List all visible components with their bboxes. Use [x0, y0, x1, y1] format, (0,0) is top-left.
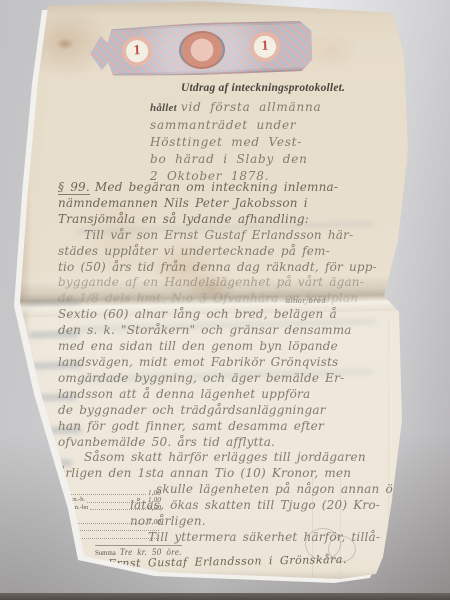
- table-edge-shadow: [0, 593, 450, 600]
- paper-vignette: [0, 0, 450, 600]
- paper-sheet: 1 1 Utdrag af inteckningsprotokollet. hå…: [0, 0, 450, 600]
- photo-of-document: 1 1 Utdrag af inteckningsprotokollet. hå…: [0, 0, 450, 600]
